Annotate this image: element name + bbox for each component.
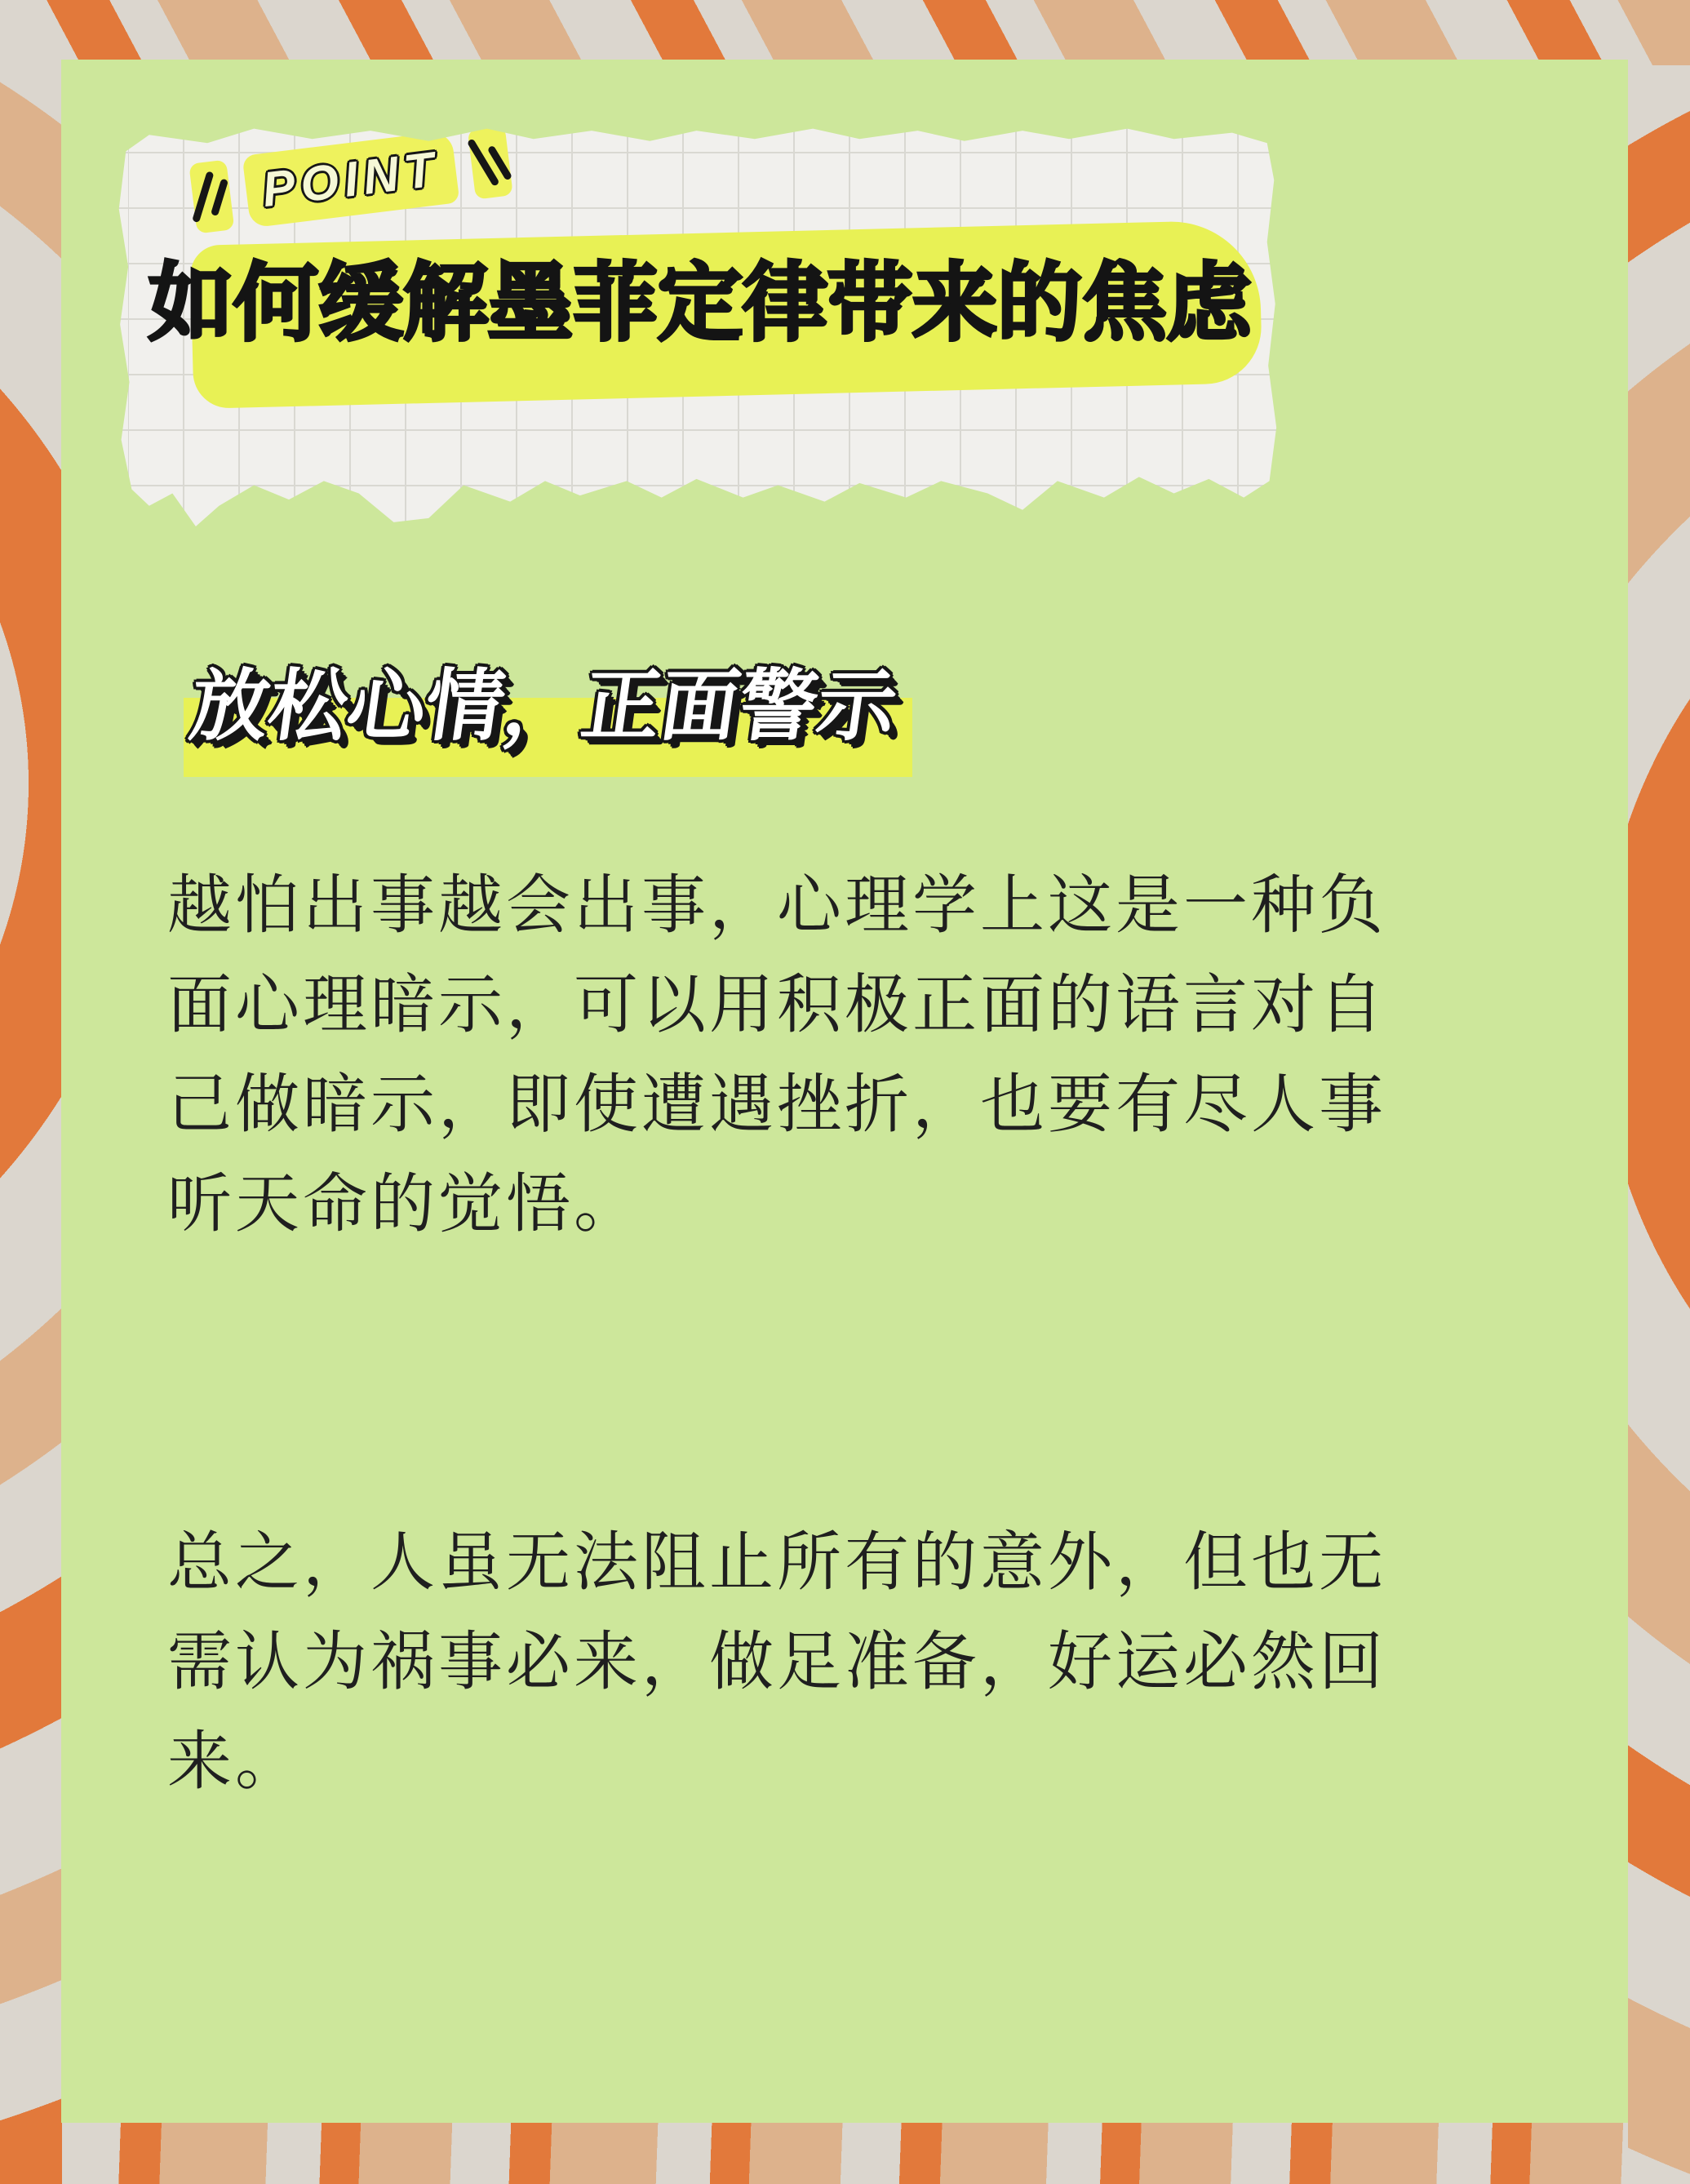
slash-bar (192, 171, 214, 223)
paragraph-line: 需认为祸事必来，做足准备，好运必然回 (167, 1612, 1386, 1711)
slash-icon (189, 159, 234, 233)
slash-bar (211, 178, 228, 216)
paragraph-line: 总之，人虽无法阻止所有的意外，但也无 (167, 1512, 1386, 1612)
green-card: POINT 如何缓解墨菲定律带来的焦虑 放松心情，正面警示 越怕出事越会出事，心… (61, 60, 1628, 2123)
paragraph-line: 面心理暗示，可以用积极正面的语言对自 (167, 955, 1386, 1054)
paragraph-line: 越怕出事越会出事，心理学上这是一种负 (167, 855, 1386, 955)
paragraph-line: 听天命的觉悟。 (167, 1154, 1386, 1254)
point-badge-label: POINT (242, 131, 460, 229)
page-title: 如何缓解墨菲定律带来的焦虑 (149, 255, 1258, 353)
point-badge: POINT (189, 124, 513, 235)
paragraph-line: 己做暗示，即使遭遇挫折，也要有尽人事 (167, 1054, 1386, 1154)
paragraph-line: 来。 (167, 1711, 1386, 1811)
torn-paper-header: POINT 如何缓解墨菲定律带来的焦虑 (114, 118, 1279, 530)
bg-pattern-bottom (62, 2120, 1628, 2184)
slash-icon (468, 125, 513, 199)
bg-pattern-right (1626, 65, 1690, 2184)
paragraph-1: 越怕出事越会出事，心理学上这是一种负 面心理暗示，可以用积极正面的语言对自 己做… (167, 855, 1386, 1254)
section-heading: 放松心情，正面警示 (184, 644, 904, 756)
bg-pattern-top (0, 0, 1690, 65)
bg-pattern-left (0, 65, 62, 2184)
poster-canvas: POINT 如何缓解墨菲定律带来的焦虑 放松心情，正面警示 越怕出事越会出事，心… (0, 0, 1690, 2184)
paragraph-2: 总之，人虽无法阻止所有的意外，但也无 需认为祸事必来，做足准备，好运必然回 来。 (167, 1512, 1386, 1811)
